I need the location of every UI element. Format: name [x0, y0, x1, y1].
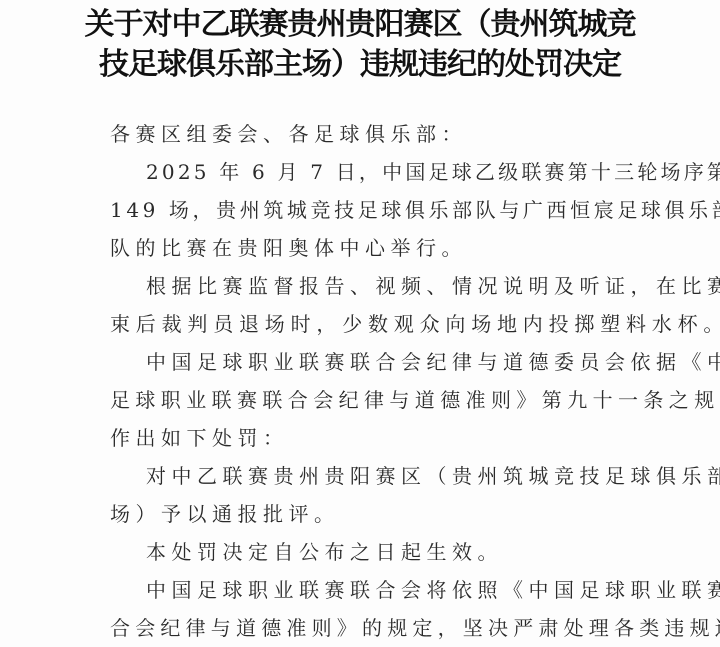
paragraph-1-line-2: 149 场，贵州筑城竞技足球俱乐部队与广西恒宸足球俱乐部 — [110, 197, 630, 223]
paragraph-4-line-2: 场）予以通报批评。 — [110, 501, 630, 527]
paragraph-3-line-3: 作出如下处罚： — [110, 425, 630, 451]
paragraph-2-line-1: 根据比赛监督报告、视频、情况说明及听证，在比赛结 — [146, 273, 666, 299]
paragraph-3-line-2: 足球职业联赛联合会纪律与道德准则》第九十一条之规定， — [110, 387, 630, 413]
paragraph-4-line-1: 对中乙联赛贵州贵阳赛区（贵州筑城竞技足球俱乐部主 — [146, 463, 666, 489]
document-title-line-2: 技足球俱乐部主场）违规违纪的处罚决定 — [0, 45, 720, 85]
paragraph-1-line-1: 2025 年 6 月 7 日，中国足球乙级联赛第十三轮场序第 — [146, 159, 666, 185]
paragraph-6-line-1: 中国足球职业联赛联合会将依照《中国足球职业联赛联 — [146, 577, 666, 603]
paragraph-6-line-2: 合会纪律与道德准则》的规定，坚决严肃处理各类违规违纪 — [110, 615, 630, 641]
salutation: 各赛区组委会、各足球俱乐部： — [110, 121, 630, 147]
paragraph-1-line-3: 队的比赛在贵阳奥体中心举行。 — [110, 235, 630, 261]
paragraph-5-line-1: 本处罚决定自公布之日起生效。 — [146, 539, 666, 565]
document-title-line-1: 关于对中乙联赛贵州贵阳赛区（贵州筑城竞 — [0, 5, 720, 45]
paragraph-3-line-1: 中国足球职业联赛联合会纪律与道德委员会依据《中国 — [146, 349, 666, 375]
paragraph-2-line-2: 束后裁判员退场时，少数观众向场地内投掷塑料水杯。 — [110, 311, 630, 337]
document-page: 关于对中乙联赛贵州贵阳赛区（贵州筑城竞 技足球俱乐部主场）违规违纪的处罚决定 各… — [0, 0, 720, 647]
